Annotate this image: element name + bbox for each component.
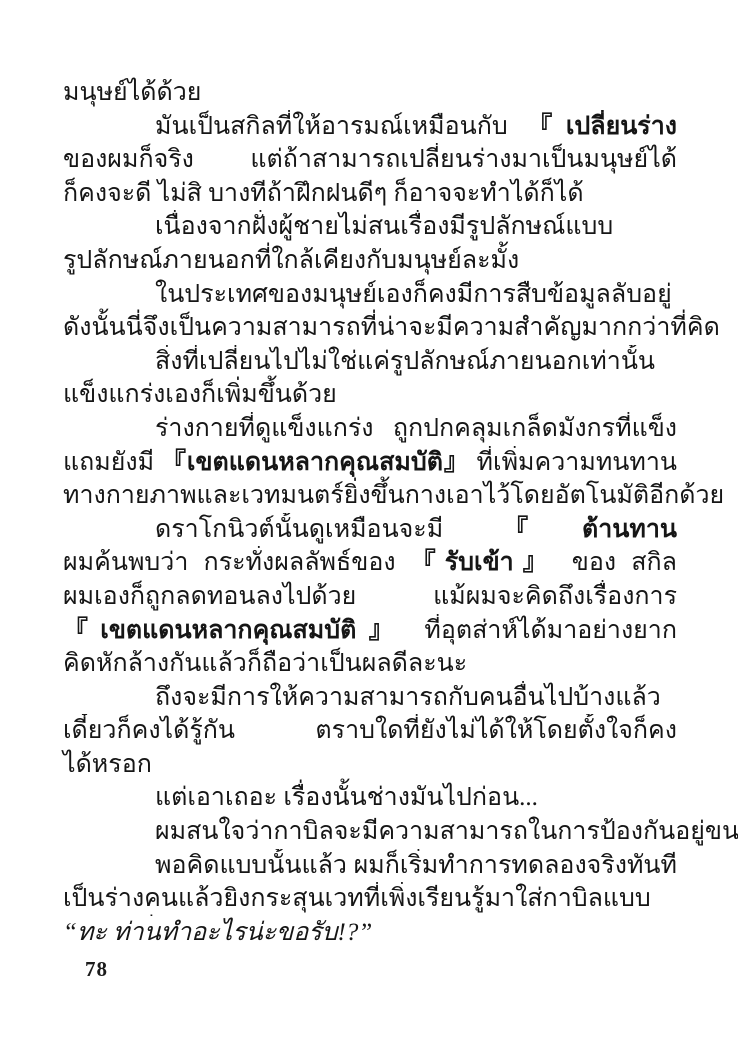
text-segment: “ทะ ท่านทำอะไรน่ะขอรับ!?” xyxy=(63,919,372,946)
book-page: มนุษย์ได้ด้วยมันเป็นสกิลที่ให้อารมณ์เหมื… xyxy=(0,0,738,1051)
text-line: พอคิดแบบนั้นแล้ว ผมก็เริ่มทำการทดลองจริง… xyxy=(63,849,677,883)
text-line: รูปลักษณ์ภายนอกที่ใกล้เคียงกับมนุษย์ละมั… xyxy=(63,244,677,278)
text-segment: แถมยังมี xyxy=(63,449,161,476)
page-text: มนุษย์ได้ด้วยมันเป็นสกิลที่ให้อารมณ์เหมื… xyxy=(63,76,677,949)
text-segment: ผมเองก็ถูกลดทอนลงไปด้วย แม้ผมจะคิดถึงเรื… xyxy=(63,583,677,610)
text-line: ดราโกนิวต์นั้นดูเหมือนจะมี 『ต้านทานเวทมน… xyxy=(63,513,677,547)
skill-name: 『เขตแดนหลากคุณสมบัติ』 xyxy=(63,617,406,644)
text-line: ผมเองก็ถูกลดทอนลงไปด้วย แม้ผมจะคิดถึงเรื… xyxy=(63,580,677,614)
text-line: ร่างกายที่ดูแข็งแกร่ง ถูกปกคลุมเกล็ดมังก… xyxy=(63,412,677,446)
text-line: ผมสนใจว่ากาบิลจะมีความสามารถในการป้องกัน… xyxy=(63,815,677,849)
text-segment: รูปลักษณ์ภายนอกที่ใกล้เคียงกับมนุษย์ละมั… xyxy=(63,247,519,274)
text-line: ก็คงจะดี ไม่สิ บางทีถ้าฝึกฝนดีๆ ก็อาจจะท… xyxy=(63,177,677,211)
text-line: เดี๋ยวก็คงได้รู้กัน ตราบใดที่ยังไม่ได้ให… xyxy=(63,714,677,748)
text-segment: ของ สกิล xyxy=(557,549,677,576)
text-segment: ดังนั้นนี่จึงเป็นความสามารถที่น่าจะมีควา… xyxy=(63,314,720,341)
text-segment: เนื่องจากฝั่งผู้ชายไม่สนเรื่องมีรูปลักษณ… xyxy=(63,213,677,244)
text-segment: ได้หรอก xyxy=(63,751,152,778)
text-segment: ก็คงจะดี ไม่สิ บางทีถ้าฝึกฝนดีๆ ก็อาจจะท… xyxy=(63,180,584,207)
dialogue-line: “ทะ ท่านทำอะไรน่ะขอรับ!?” xyxy=(63,916,677,950)
text-segment: คิดหักล้างกันแล้วก็ถือว่าเป็นผลดีละนะ xyxy=(63,650,467,677)
text-segment: ผมสนใจว่ากาบิลจะมีความสามารถในการป้องกัน… xyxy=(155,818,738,845)
text-line: สิ่งที่เปลี่ยนไปไม่ใช่แค่รูปลักษณ์ภายนอก… xyxy=(63,345,677,379)
text-line: ในประเทศของมนุษย์เองก็คงมีการสืบข้อมูลลั… xyxy=(63,278,677,312)
text-segment: แต่เอาเถอะ เรื่องนั้นช่างมันไปก่อน... xyxy=(155,784,538,811)
text-segment: มันเป็นสกิลที่ให้อารมณ์เหมือนกับ xyxy=(155,113,527,140)
text-segment: ของผมก็จริง แต่ถ้าสามารถเปลี่ยนร่างมาเป็… xyxy=(63,146,677,177)
text-segment: มนุษย์ได้ด้วย xyxy=(63,79,201,106)
text-line: ดังนั้นนี่จึงเป็นความสามารถที่น่าจะมีควา… xyxy=(63,311,677,345)
text-line: แต่เอาเถอะ เรื่องนั้นช่างมันไปก่อน... xyxy=(63,781,677,815)
skill-name: 『เขตแดนหลากคุณสมบัติ』 xyxy=(161,449,469,476)
text-segment: สิ่งที่เปลี่ยนไปไม่ใช่แค่รูปลักษณ์ภายนอก… xyxy=(63,348,655,379)
skill-name: 『รับเข้า』 xyxy=(411,549,557,576)
text-line: แถมยังมี 『เขตแดนหลากคุณสมบัติ』 ที่เพิ่มค… xyxy=(63,446,677,480)
text-segment: เป็นร่างคนแล้วยิงกระสุนเวทที่เพิ่งเรียนร… xyxy=(63,885,651,916)
text-line: เนื่องจากฝั่งผู้ชายไม่สนเรื่องมีรูปลักษณ… xyxy=(63,210,677,244)
text-line: มันเป็นสกิลที่ให้อารมณ์เหมือนกับ 『เปลี่ย… xyxy=(63,110,677,144)
text-segment: พอคิดแบบนั้นแล้ว ผมก็เริ่มทำการทดลองจริง… xyxy=(63,852,677,883)
text-segment: เดี๋ยวก็คงได้รู้กัน ตราบใดที่ยังไม่ได้ให… xyxy=(63,717,677,748)
text-line: ผมค้นพบว่า กระทั่งผลลัพธ์ของ 『รับเข้า』 ข… xyxy=(63,546,677,580)
text-line: ถึงจะมีการให้ความสามารถกับคนอื่นไปบ้างแล… xyxy=(63,681,677,715)
text-line: มนุษย์ได้ด้วย xyxy=(63,76,677,110)
text-line: 『เขตแดนหลากคุณสมบัติ』 ที่อุตส่าห์ได้มาอย… xyxy=(63,614,677,648)
text-segment: ทางกายภาพและเวทมนตร์ยิ่งขึ้นกางเอาไว้โดย… xyxy=(63,482,724,509)
text-segment: ผมค้นพบว่า กระทั่งผลลัพธ์ของ xyxy=(63,549,411,576)
text-line: ของผมก็จริง แต่ถ้าสามารถเปลี่ยนร่างมาเป็… xyxy=(63,143,677,177)
text-segment: ดราโกนิวต์นั้นดูเหมือนจะมี xyxy=(155,516,503,543)
page-number: 78 xyxy=(85,956,108,982)
text-line: ได้หรอก xyxy=(63,748,677,782)
text-segment: แข็งแกร่งเองก็เพิ่มขึ้นด้วย xyxy=(63,381,337,408)
text-line: ทางกายภาพและเวทมนตร์ยิ่งขึ้นกางเอาไว้โดย… xyxy=(63,479,677,513)
text-line: เป็นร่างคนแล้วยิงกระสุนเวทที่เพิ่งเรียนร… xyxy=(63,882,677,916)
text-segment: ถึงจะมีการให้ความสามารถกับคนอื่นไปบ้างแล… xyxy=(63,684,661,715)
text-segment: ในประเทศของมนุษย์เองก็คงมีการสืบข้อมูลลั… xyxy=(63,281,672,312)
text-segment: ร่างกายที่ดูแข็งแกร่ง ถูกปกคลุมเกล็ดมังก… xyxy=(63,415,677,446)
text-line: แข็งแกร่งเองก็เพิ่มขึ้นด้วย xyxy=(63,378,677,412)
text-line: คิดหักล้างกันแล้วก็ถือว่าเป็นผลดีละนะ xyxy=(63,647,677,681)
